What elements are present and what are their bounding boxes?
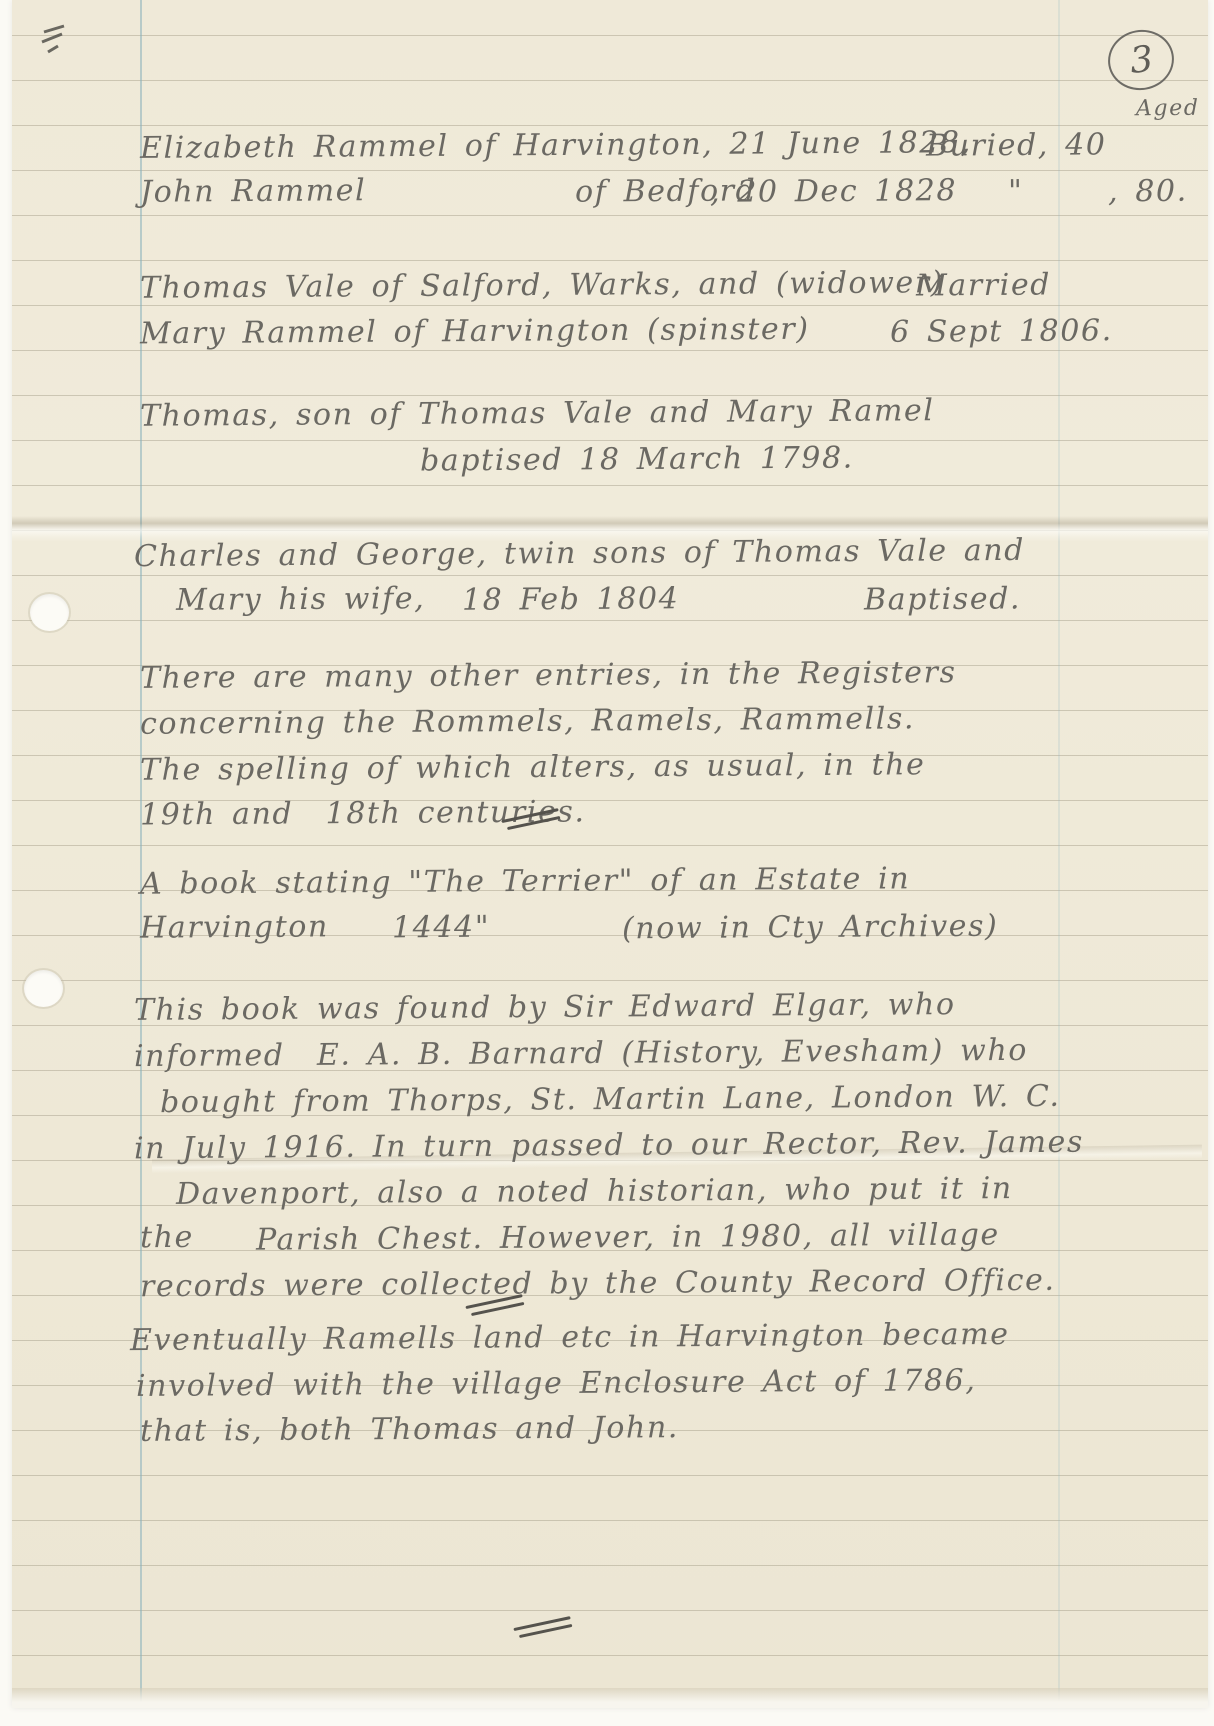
notebook-page: 3 AgedElizabeth Rammel of Harvington, 21… bbox=[12, 0, 1208, 1708]
handwriting-segment: Thomas Vale of Salford, Warks, and (wido… bbox=[140, 265, 944, 306]
handwriting-segment: in July 1916. In turn passed to our Rect… bbox=[134, 1125, 1084, 1167]
handwriting-segment: Thomas, son of Thomas Vale and Mary Rame… bbox=[140, 393, 935, 434]
handwriting-segment: Mary Rammel of Harvington (spinster) bbox=[140, 312, 810, 352]
handwriting-segment: A book stating "The Terrier" of an Estat… bbox=[140, 861, 910, 901]
handwriting-segment: There are many other entries, in the Reg… bbox=[140, 655, 957, 696]
handwriting-segment: " bbox=[1008, 174, 1024, 209]
handwriting-segment: 6 Sept 1806. bbox=[890, 313, 1113, 350]
handwriting-segment: the bbox=[140, 1220, 194, 1255]
handwriting-segment: Harvington bbox=[140, 909, 329, 945]
hole-punch bbox=[30, 594, 69, 631]
handwriting-segment: , 20 Dec 1828 bbox=[710, 173, 957, 210]
margin-line bbox=[140, 0, 142, 1708]
handwriting-segment: Aged bbox=[1136, 96, 1200, 121]
page-number: 3 bbox=[1127, 38, 1154, 81]
handwriting-segment: Mary his wife, bbox=[176, 581, 426, 618]
handwriting-segment: (now in Cty Archives) bbox=[622, 909, 999, 947]
handwriting-segment: Married bbox=[916, 268, 1051, 304]
handwriting-segment: concerning the Rommels, Ramels, Rammells… bbox=[140, 701, 915, 741]
page-bottom-edge bbox=[12, 1688, 1208, 1708]
handwriting-segment: Parish Chest. However, in 1980, all vill… bbox=[256, 1217, 1000, 1257]
hole-punch bbox=[24, 970, 63, 1007]
staple-marks bbox=[38, 22, 108, 72]
handwriting-segment: bought from Thorps, St. Martin Lane, Lon… bbox=[160, 1079, 1061, 1120]
handwriting-segment: Buried, 40 bbox=[926, 127, 1107, 163]
handwriting-segment: Baptised. bbox=[864, 581, 1021, 617]
handwriting-segment: baptised 18 March 1798. bbox=[420, 440, 854, 478]
handwriting-segment: Elizabeth Rammel of Harvington, 21 June … bbox=[140, 125, 972, 166]
handwriting-segment: The spelling of which alters, as usual, … bbox=[140, 747, 926, 787]
handwriting-segment: Eventually Ramells land etc in Harvingto… bbox=[130, 1317, 1010, 1358]
handwriting-segment: 18 Feb 1804 bbox=[462, 581, 680, 618]
handwriting-segment: Charles and George, twin sons of Thomas … bbox=[134, 533, 1025, 574]
handwriting-segment: 1444" bbox=[392, 910, 490, 946]
handwriting-segment: informed E. A. B. Barnard (History, Eves… bbox=[134, 1033, 1028, 1074]
handwriting-segment: This book was found by Sir Edward Elgar,… bbox=[134, 987, 956, 1028]
handwriting-segment: Davenport, also a noted historian, who p… bbox=[176, 1171, 1013, 1212]
handwriting-segment: , 80. bbox=[1108, 174, 1188, 210]
handwriting-segment: John Rammel bbox=[140, 173, 367, 210]
faint-fold-line bbox=[1058, 0, 1060, 1708]
handwriting-segment: involved with the village Enclosure Act … bbox=[136, 1363, 977, 1404]
handwriting-segment: that is, both Thomas and John. bbox=[140, 1410, 679, 1449]
handwriting-segment: records were collected by the County Rec… bbox=[140, 1263, 1056, 1304]
